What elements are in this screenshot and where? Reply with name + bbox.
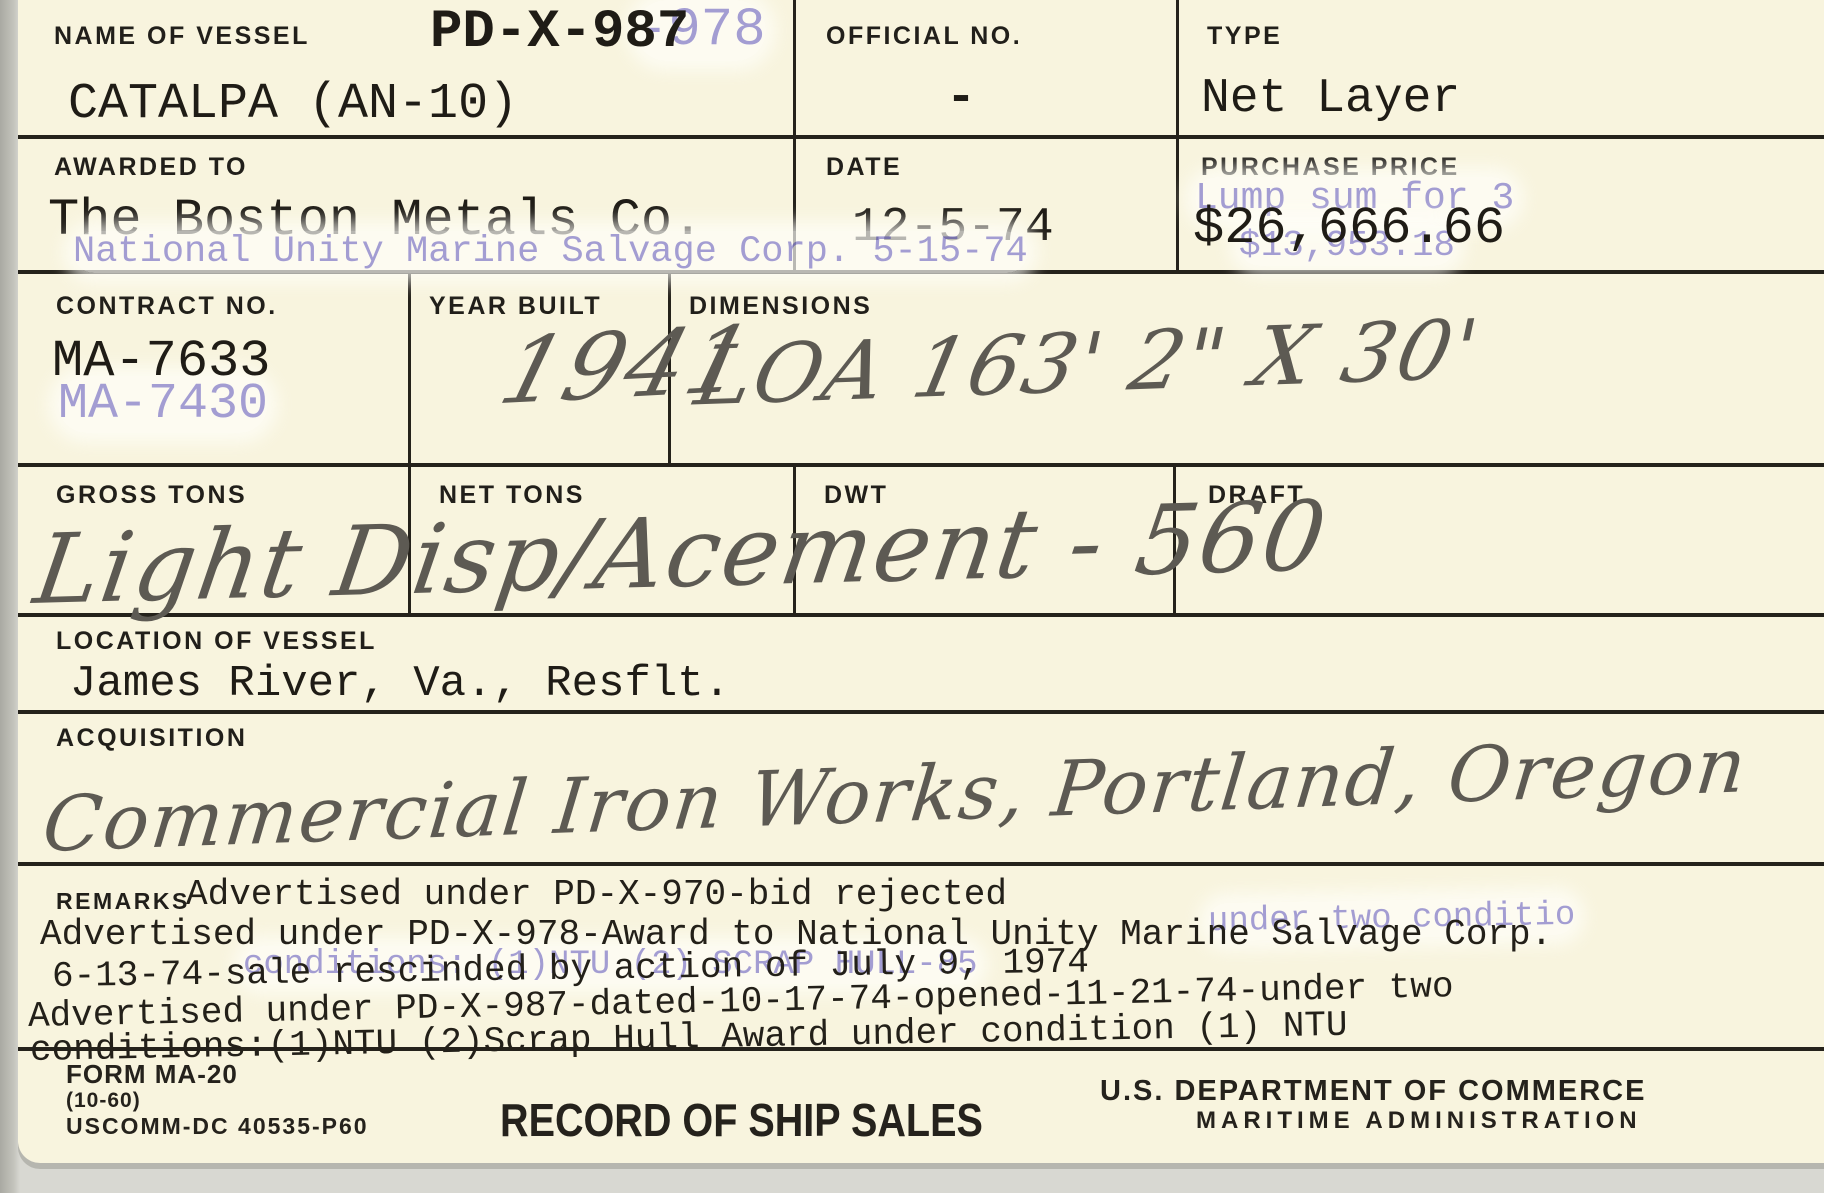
official-no-label: OFFICIAL NO. (826, 22, 1022, 51)
row-remarks: REMARKS Advertised under PD-X-970-bid re… (18, 862, 1824, 1051)
type-value: Net Layer (1201, 72, 1460, 126)
acquisition-label: ACQUISITION (56, 724, 247, 753)
gross-tons-label: GROSS TONS (56, 481, 247, 510)
row-location: LOCATION OF VESSEL James River, Va., Res… (18, 613, 1824, 714)
type-cell: TYPE Net Layer (1176, 0, 1824, 135)
location-value: James River, Va., Resflt. (70, 659, 730, 709)
awarded-to-erased-text: National Unity Marine Salvage Corp. 5-15… (73, 231, 1028, 273)
row-award: AWARDED TO The Boston Metals Co. Nationa… (18, 135, 1824, 274)
remarks-line-1: Advertised under PD-X-970-bid rejected (186, 874, 1007, 915)
agency-name: MARITIME ADMINISTRATION (1196, 1107, 1642, 1135)
location-label: LOCATION OF VESSEL (56, 627, 377, 656)
department-name: U.S. DEPARTMENT OF COMMERCE (1100, 1075, 1646, 1108)
form-uscomm-code: USCOMM-DC 40535-P60 (66, 1113, 369, 1140)
name-of-vessel-label: NAME OF VESSEL (54, 22, 310, 51)
form-date-code: (10-60) (66, 1089, 141, 1113)
contract-no-label: CONTRACT NO. (56, 292, 278, 321)
contract-no-cell: CONTRACT NO. MA-7633 MA-7430 (18, 274, 408, 467)
row-tonnage: GROSS TONS NET TONS DWT DRAFT Light Disp… (18, 463, 1824, 617)
purchase-price-value: $26,666.66 (1193, 199, 1505, 258)
official-no-value: - (946, 70, 976, 127)
purchase-price-cell: PURCHASE PRICE Lump sum for 3 $13,953.18… (1176, 139, 1824, 274)
remarks-label: REMARKS (56, 888, 190, 915)
year-built-cell: YEAR BUILT 1941 (408, 274, 671, 467)
document-title: RECORD OF SHIP SALES (500, 1093, 983, 1147)
contract-no-value: MA-7633 (52, 332, 270, 391)
date-label: DATE (826, 153, 902, 182)
type-label: TYPE (1207, 22, 1282, 51)
vessel-name-value: CATALPA (AN-10) (68, 76, 518, 133)
acquisition-value: Commercial Iron Works, Portland, Oregon (39, 720, 1752, 869)
dimensions-cell: DIMENSIONS LOA 163' 2" X 30' (668, 274, 1824, 467)
awarded-to-label: AWARDED TO (54, 153, 248, 182)
row-contract: CONTRACT NO. MA-7633 MA-7430 YEAR BUILT … (18, 270, 1824, 467)
name-of-vessel-cell: NAME OF VESSEL PD-X-987 -978 CATALPA (AN… (18, 0, 793, 135)
sale-number-value: PD-X-987 (430, 2, 689, 63)
official-no-cell: OFFICIAL NO. - (793, 0, 1179, 135)
row-acquisition: ACQUISITION Commercial Iron Works, Portl… (18, 710, 1824, 866)
row-vessel: NAME OF VESSEL PD-X-987 -978 CATALPA (AN… (18, 0, 1824, 135)
awarded-to-cell: AWARDED TO The Boston Metals Co. Nationa… (18, 139, 793, 274)
record-of-ship-sales-card: NAME OF VESSEL PD-X-987 -978 CATALPA (AN… (18, 0, 1824, 1163)
